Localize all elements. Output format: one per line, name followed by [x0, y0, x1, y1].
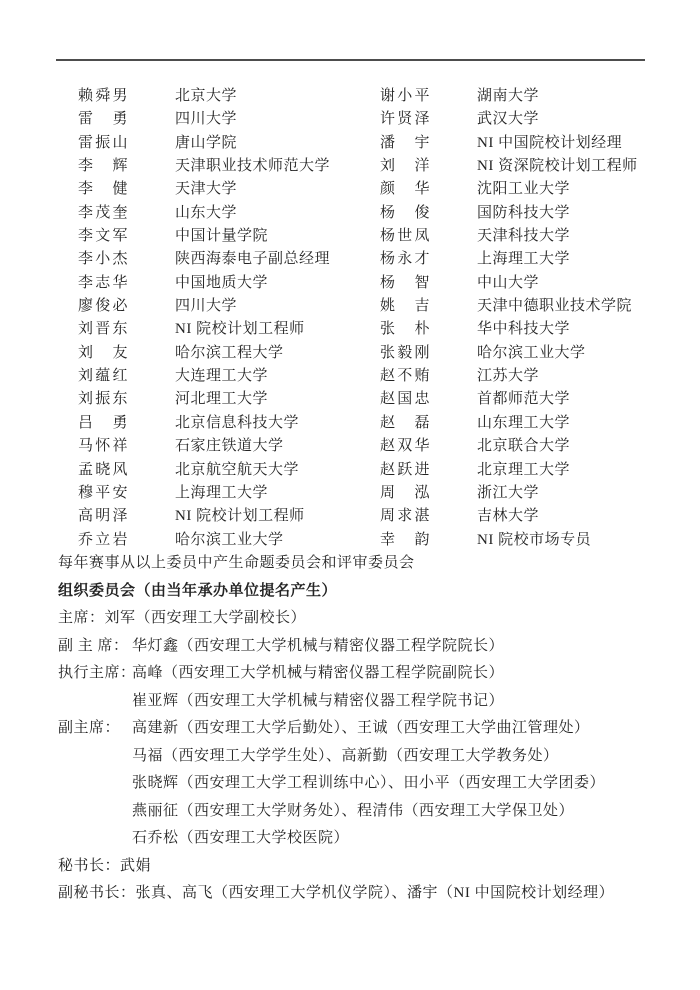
member-name-left: 刘蕴红 [78, 365, 128, 388]
member-name-right: 杨 俊 [380, 202, 430, 225]
member-affiliation-right: 吉林大学 [477, 505, 700, 528]
member-name-left: 吕 勇 [78, 412, 128, 435]
member-name-left: 李 健 [78, 178, 128, 201]
member-name-left: 穆平安 [78, 482, 128, 505]
member-row: 雷振山 唐山学院 潘 宇 NI 中国院校计划经理 [0, 132, 700, 155]
member-affiliation-left: 北京航空航天大学 [175, 459, 380, 482]
member-name-left: 刘晋东 [78, 318, 128, 341]
member-affiliation-left: NI 院校计划工程师 [175, 318, 380, 341]
member-name-right: 潘 宇 [380, 132, 430, 155]
member-affiliation-left: 唐山学院 [175, 132, 380, 155]
member-affiliation-left: 上海理工大学 [175, 482, 380, 505]
member-row: 刘晋东 NI 院校计划工程师 张 朴 华中科技大学 [0, 318, 700, 341]
member-name-left: 乔立岩 [78, 529, 128, 552]
member-row: 李志华 中国地质大学 杨 智 中山大学 [0, 272, 700, 295]
member-name-right: 杨 智 [380, 272, 430, 295]
member-affiliation-right: 武汉大学 [477, 108, 700, 131]
org-role-line: 主席：刘军（西安理工大学副校长） [58, 605, 680, 633]
member-name-left: 李文军 [78, 225, 128, 248]
member-affiliation-right: 上海理工大学 [477, 248, 700, 271]
member-affiliation-right: 江苏大学 [477, 365, 700, 388]
member-name-left: 马怀祥 [78, 435, 128, 458]
role-text: 秘书长：武娟 [58, 858, 151, 874]
member-affiliation-right: NI 中国院校计划经理 [477, 132, 700, 155]
org-role-line: 秘书长：武娟 [58, 853, 680, 881]
member-row: 李小杰 陕西海泰电子副总经理 杨永才 上海理工大学 [0, 248, 700, 271]
member-affiliation-right: 天津科技大学 [477, 225, 700, 248]
member-row: 廖俊必 四川大学 姚 吉 天津中德职业技术学院 [0, 295, 700, 318]
member-name-right: 刘 洋 [380, 155, 430, 178]
role-text: 燕丽征（西安理工大学财务处）、程清伟（西安理工大学保卫处） [132, 803, 574, 819]
role-text: 高建新（西安理工大学后勤处）、王诚（西安理工大学曲江管理处） [132, 720, 590, 736]
member-name-right: 杨世凤 [380, 225, 430, 248]
organizing-committee-lines: 主席：刘军（西安理工大学副校长） 副 主 席：华灯鑫（西安理工大学机械与精密仪器… [58, 605, 680, 908]
member-name-left: 李志华 [78, 272, 128, 295]
role-text: 崔亚辉（西安理工大学机械与精密仪器工程学院书记） [132, 693, 504, 709]
member-affiliation-left: NI 院校计划工程师 [175, 505, 380, 528]
document-page: 赖舜男 北京大学 谢小平 湖南大学 雷 勇 四川大学 许贤泽 武汉大学 雷振山 … [0, 0, 700, 990]
member-affiliation-right: NI 资深院校计划工程师 [477, 155, 700, 178]
member-name-right: 杨永才 [380, 248, 430, 271]
member-name-left: 雷 勇 [78, 108, 128, 131]
member-affiliation-right: 国防科技大学 [477, 202, 700, 225]
member-affiliation-left: 大连理工大学 [175, 365, 380, 388]
member-row: 李茂奎 山东大学 杨 俊 国防科技大学 [0, 202, 700, 225]
member-name-right: 张 朴 [380, 318, 430, 341]
member-name-right: 赵跃进 [380, 459, 430, 482]
org-role-line: 石乔松（西安理工大学校医院） [58, 825, 680, 853]
member-affiliation-right: 中山大学 [477, 272, 700, 295]
member-name-left: 刘振东 [78, 388, 128, 411]
member-affiliation-left: 山东大学 [175, 202, 380, 225]
member-affiliation-left: 石家庄铁道大学 [175, 435, 380, 458]
member-name-right: 许贤泽 [380, 108, 430, 131]
member-affiliation-right: NI 院校市场专员 [477, 529, 700, 552]
member-name-left: 孟晓风 [78, 459, 128, 482]
member-affiliation-left: 哈尔滨工业大学 [175, 529, 380, 552]
member-affiliation-right: 湖南大学 [477, 85, 700, 108]
member-affiliation-left: 哈尔滨工程大学 [175, 342, 380, 365]
role-label: 副 主 席： [58, 633, 132, 661]
member-name-right: 谢小平 [380, 85, 430, 108]
member-affiliation-right: 北京联合大学 [477, 435, 700, 458]
member-row: 李 辉 天津职业技术师范大学 刘 洋 NI 资深院校计划工程师 [0, 155, 700, 178]
member-name-left: 李 辉 [78, 155, 128, 178]
member-affiliation-right: 沈阳工业大学 [477, 178, 700, 201]
role-text: 副秘书长：张真、高飞（西安理工大学机仪学院）、潘宇（NI 中国院校计划经理） [58, 885, 614, 901]
org-role-line: 副秘书长：张真、高飞（西安理工大学机仪学院）、潘宇（NI 中国院校计划经理） [58, 880, 680, 908]
member-name-right: 赵双华 [380, 435, 430, 458]
committee-note-line: 每年赛事从以上委员中产生命题委员会和评审委员会 [58, 550, 680, 578]
role-text: 马福（西安理工大学学生处）、高新勤（西安理工大学教务处） [132, 748, 559, 764]
member-row: 雷 勇 四川大学 许贤泽 武汉大学 [0, 108, 700, 131]
role-text: 主席：刘军（西安理工大学副校长） [58, 610, 306, 626]
member-affiliation-left: 四川大学 [175, 295, 380, 318]
member-affiliation-left: 河北理工大学 [175, 388, 380, 411]
member-row: 刘 友 哈尔滨工程大学 张毅刚 哈尔滨工业大学 [0, 342, 700, 365]
member-row: 高明泽 NI 院校计划工程师 周求湛 吉林大学 [0, 505, 700, 528]
member-row: 吕 勇 北京信息科技大学 赵 磊 山东理工大学 [0, 412, 700, 435]
member-affiliation-left: 陕西海泰电子副总经理 [175, 248, 380, 271]
member-affiliation-left: 北京大学 [175, 85, 380, 108]
member-name-left: 李茂奎 [78, 202, 128, 225]
member-affiliation-left: 中国计量学院 [175, 225, 380, 248]
org-role-line: 副主席：高建新（西安理工大学后勤处）、王诚（西安理工大学曲江管理处） [58, 715, 680, 743]
member-affiliation-right: 天津中德职业技术学院 [477, 295, 700, 318]
member-name-right: 颜 华 [380, 178, 430, 201]
committee-member-list: 赖舜男 北京大学 谢小平 湖南大学 雷 勇 四川大学 许贤泽 武汉大学 雷振山 … [0, 85, 700, 552]
member-row: 马怀祥 石家庄铁道大学 赵双华 北京联合大学 [0, 435, 700, 458]
member-name-right: 姚 吉 [380, 295, 430, 318]
member-affiliation-left: 天津大学 [175, 178, 380, 201]
org-role-line: 张晓辉（西安理工大学工程训练中心）、田小平（西安理工大学团委） [58, 770, 680, 798]
member-row: 刘蕴红 大连理工大学 赵不贿 江苏大学 [0, 365, 700, 388]
member-name-left: 李小杰 [78, 248, 128, 271]
member-affiliation-left: 天津职业技术师范大学 [175, 155, 380, 178]
role-text: 华灯鑫（西安理工大学机械与精密仪器工程学院院长） [132, 638, 504, 654]
member-name-right: 赵 磊 [380, 412, 430, 435]
member-affiliation-right: 华中科技大学 [477, 318, 700, 341]
org-role-line: 崔亚辉（西安理工大学机械与精密仪器工程学院书记） [58, 688, 680, 716]
member-affiliation-right: 北京理工大学 [477, 459, 700, 482]
member-name-right: 赵国忠 [380, 388, 430, 411]
member-name-left: 廖俊必 [78, 295, 128, 318]
member-row: 李文军 中国计量学院 杨世凤 天津科技大学 [0, 225, 700, 248]
member-row: 刘振东 河北理工大学 赵国忠 首都师范大学 [0, 388, 700, 411]
member-name-left: 刘 友 [78, 342, 128, 365]
member-row: 孟晓风 北京航空航天大学 赵跃进 北京理工大学 [0, 459, 700, 482]
member-affiliation-right: 山东理工大学 [477, 412, 700, 435]
member-name-left: 高明泽 [78, 505, 128, 528]
org-role-line: 副 主 席：华灯鑫（西安理工大学机械与精密仪器工程学院院长） [58, 633, 680, 661]
role-text: 高峰（西安理工大学机械与精密仪器工程学院副院长） [132, 665, 504, 681]
member-name-left: 雷振山 [78, 132, 128, 155]
organizing-committee-section: 每年赛事从以上委员中产生命题委员会和评审委员会 组织委员会（由当年承办单位提名产… [58, 550, 680, 908]
member-name-right: 周 泓 [380, 482, 430, 505]
role-text: 石乔松（西安理工大学校医院） [132, 830, 349, 846]
member-affiliation-left: 中国地质大学 [175, 272, 380, 295]
member-name-right: 幸 韵 [380, 529, 430, 552]
member-row: 赖舜男 北京大学 谢小平 湖南大学 [0, 85, 700, 108]
member-row: 乔立岩 哈尔滨工业大学 幸 韵 NI 院校市场专员 [0, 529, 700, 552]
member-affiliation-right: 哈尔滨工业大学 [477, 342, 700, 365]
member-name-right: 周求湛 [380, 505, 430, 528]
member-affiliation-right: 浙江大学 [477, 482, 700, 505]
member-affiliation-left: 北京信息科技大学 [175, 412, 380, 435]
member-name-right: 赵不贿 [380, 365, 430, 388]
org-role-line: 燕丽征（西安理工大学财务处）、程清伟（西安理工大学保卫处） [58, 798, 680, 826]
member-row: 穆平安 上海理工大学 周 泓 浙江大学 [0, 482, 700, 505]
role-label: 副主席： [58, 715, 132, 743]
organizing-committee-heading: 组织委员会（由当年承办单位提名产生） [58, 578, 680, 606]
org-role-line: 马福（西安理工大学学生处）、高新勤（西安理工大学教务处） [58, 743, 680, 771]
header-divider-line [56, 59, 645, 61]
org-role-line: 执行主席：高峰（西安理工大学机械与精密仪器工程学院副院长） [58, 660, 680, 688]
member-affiliation-right: 首都师范大学 [477, 388, 700, 411]
member-name-right: 张毅刚 [380, 342, 430, 365]
member-affiliation-left: 四川大学 [175, 108, 380, 131]
member-name-left: 赖舜男 [78, 85, 128, 108]
role-text: 张晓辉（西安理工大学工程训练中心）、田小平（西安理工大学团委） [132, 775, 605, 791]
role-label: 执行主席： [58, 660, 132, 688]
member-row: 李 健 天津大学 颜 华 沈阳工业大学 [0, 178, 700, 201]
